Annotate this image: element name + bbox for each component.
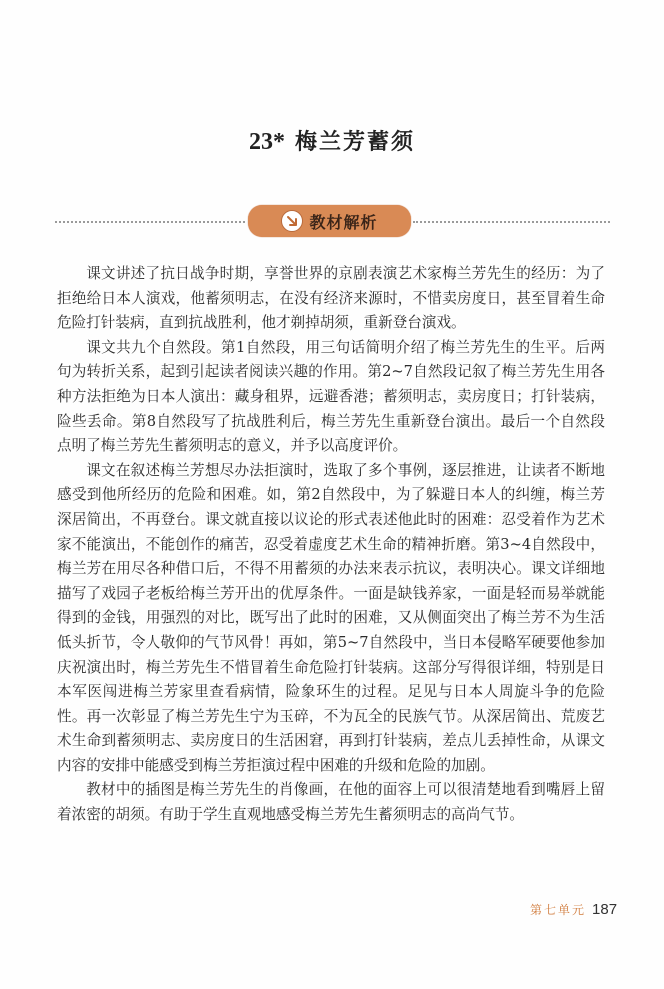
dotted-divider-right: [413, 221, 610, 223]
lesson-title: 23*梅兰芳蓄须: [0, 125, 664, 156]
lesson-title-text: 梅兰芳蓄须: [295, 129, 415, 155]
arrow-down-right-icon: [281, 210, 303, 232]
section-label: 教材解析: [309, 210, 377, 233]
paragraph: 课文讲述了抗日战争时期，享誉世界的京剧表演艺术家梅兰芳先生的经历：为了拒绝给日本…: [57, 262, 605, 336]
page-number: 187: [592, 901, 617, 918]
dotted-divider-left: [55, 221, 245, 223]
paragraph: 教材中的插图是梅兰芳先生的肖像画，在他的面容上可以很清楚地看到嘴唇上留着浓密的胡…: [57, 778, 605, 827]
section-header: 教材解析: [55, 203, 610, 239]
lesson-number: 23*: [249, 129, 285, 155]
section-badge: 教材解析: [248, 205, 411, 237]
paragraph: 课文共九个自然段。第1自然段，用三句话简明介绍了梅兰芳先生的生平。后两句为转折关…: [57, 336, 605, 459]
paragraph: 课文在叙述梅兰芳想尽办法拒演时，选取了多个事例，逐层推进，让读者不断地感受到他所…: [57, 459, 605, 779]
analysis-body: 课文讲述了抗日战争时期，享誉世界的京剧表演艺术家梅兰芳先生的经历：为了拒绝给日本…: [57, 262, 605, 828]
page-footer: 第七单元 187: [530, 901, 617, 918]
unit-label: 第七单元: [530, 901, 586, 918]
